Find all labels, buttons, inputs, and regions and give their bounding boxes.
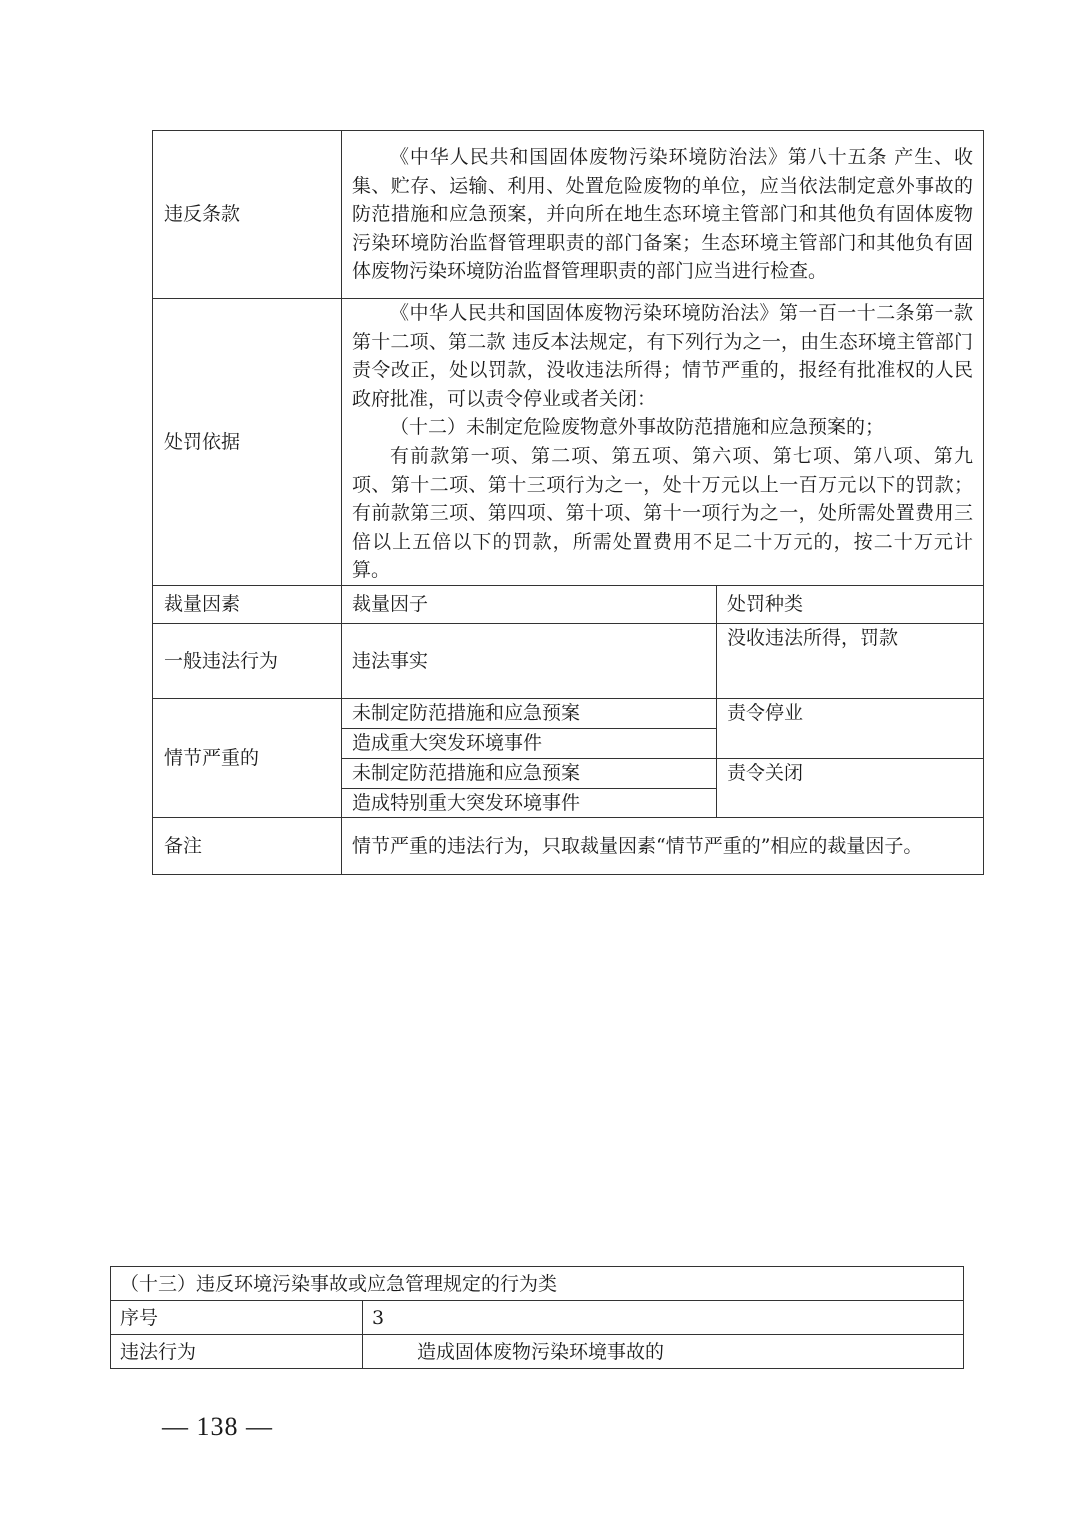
header-penalty-type: 处罚种类 (717, 585, 984, 623)
row-violated-provision: 违反条款 《中华人民共和国固体废物污染环境防治法》第八十五条 产生、收集、贮存、… (153, 131, 984, 299)
penalty-basis-paragraph-3: 有前款第一项、第二项、第五项、第六项、第七项、第八项、第九项、第十二项、第十三项… (352, 442, 973, 585)
row-remark: 备注 情节严重的违法行为，只取裁量因素“情节严重的”相应的裁量因子。 (153, 817, 984, 874)
violation-category-table: （十三）违反环境污染事故或应急管理规定的行为类 序号 3 违法行为 造成固体废物… (110, 1266, 964, 1369)
serious-sub-factor-3: 未制定防范措施和应急预案 (342, 758, 717, 788)
serious-penalty-1: 责令停业 (717, 698, 984, 758)
row-serial-number: 序号 3 (111, 1301, 964, 1335)
penalty-basis-paragraph-1: 《中华人民共和国固体废物污染环境防治法》第一百一十二条第一款第十二项、第二款 违… (352, 299, 973, 413)
row-violation-act: 违法行为 造成固体废物污染环境事故的 (111, 1335, 964, 1369)
penalty-basis-label: 处罚依据 (153, 299, 342, 586)
discretion-table: 违反条款 《中华人民共和国固体废物污染环境防治法》第八十五条 产生、收集、贮存、… (152, 130, 984, 875)
serious-factor: 情节严重的 (153, 698, 342, 817)
row-penalty-basis: 处罚依据 《中华人民共和国固体废物污染环境防治法》第一百一十二条第一款第十二项、… (153, 299, 984, 586)
violation-act-label: 违法行为 (111, 1335, 363, 1369)
serious-sub-factor-1: 未制定防范措施和应急预案 (342, 698, 717, 728)
header-sub-factor: 裁量因子 (342, 585, 717, 623)
serious-sub-factor-2: 造成重大突发环境事件 (342, 728, 717, 758)
general-factor: 一般违法行为 (153, 623, 342, 698)
serious-sub-factor-4: 造成特别重大突发环境事件 (342, 788, 717, 817)
violated-provision-label: 违反条款 (153, 131, 342, 299)
violation-act-value: 造成固体废物污染环境事故的 (363, 1335, 964, 1369)
row-serious-1: 情节严重的 未制定防范措施和应急预案 责令停业 (153, 698, 984, 728)
header-factor: 裁量因素 (153, 585, 342, 623)
remark-label: 备注 (153, 817, 342, 874)
serial-number-value: 3 (363, 1301, 964, 1335)
category-title: （十三）违反环境污染事故或应急管理规定的行为类 (111, 1267, 964, 1301)
serial-number-label: 序号 (111, 1301, 363, 1335)
general-penalty: 没收违法所得，罚款 (717, 623, 984, 698)
penalty-basis-text: 《中华人民共和国固体废物污染环境防治法》第一百一十二条第一款第十二项、第二款 违… (342, 299, 984, 586)
page-number: — 138 — (162, 1412, 273, 1442)
general-sub-factor: 违法事实 (342, 623, 717, 698)
remark-text: 情节严重的违法行为，只取裁量因素“情节严重的”相应的裁量因子。 (342, 817, 984, 874)
category-title-row: （十三）违反环境污染事故或应急管理规定的行为类 (111, 1267, 964, 1301)
serious-penalty-2: 责令关闭 (717, 758, 984, 817)
violated-provision-text: 《中华人民共和国固体废物污染环境防治法》第八十五条 产生、收集、贮存、运输、利用… (342, 131, 984, 299)
row-general-violation: 一般违法行为 违法事实 没收违法所得，罚款 (153, 623, 984, 698)
penalty-basis-paragraph-2: （十二）未制定危险废物意外事故防范措施和应急预案的； (352, 413, 973, 442)
header-row: 裁量因素 裁量因子 处罚种类 (153, 585, 984, 623)
